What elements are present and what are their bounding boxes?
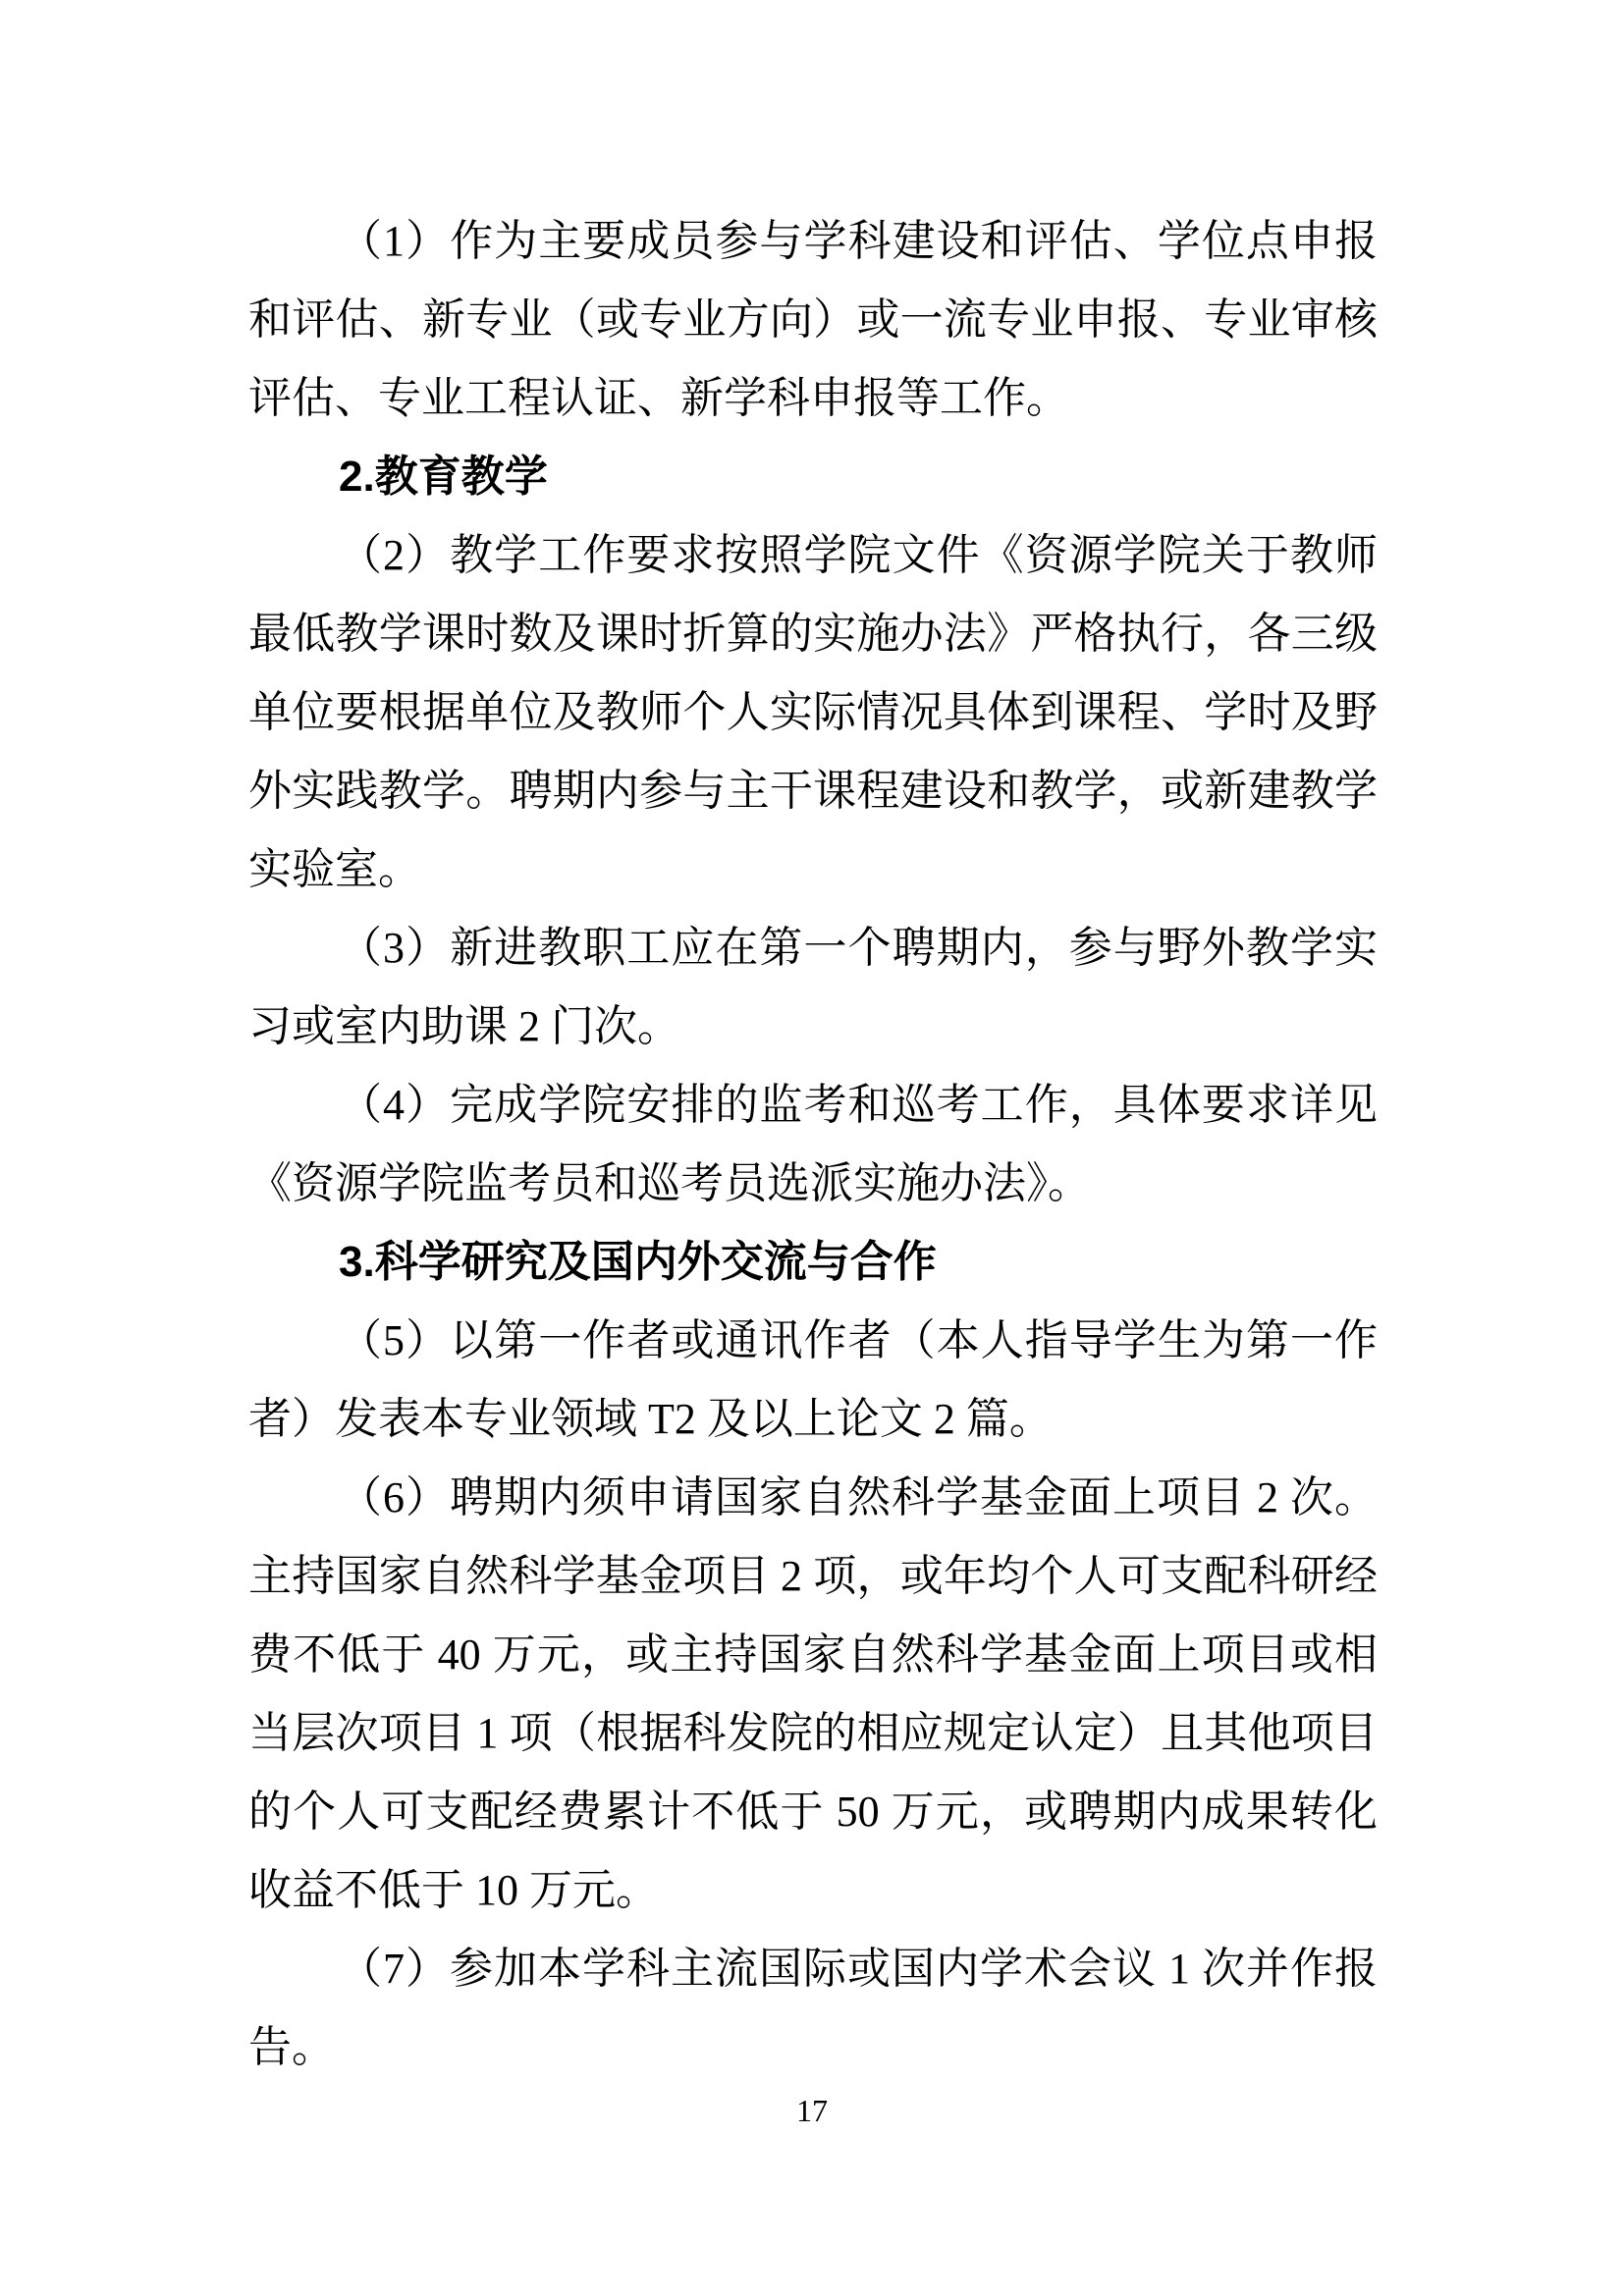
body-text-line: （5）以第一作者或通讯作者（本人指导学生为第一作 <box>248 1302 1378 1380</box>
body-text-line: （4）完成学院安排的监考和巡考工作，具体要求详见 <box>248 1066 1378 1145</box>
body-text-line: （2）教学工作要求按照学院文件《资源学院关于教师 <box>248 516 1378 595</box>
section-heading: 3.科学研究及国内外交流与合作 <box>248 1223 1378 1302</box>
body-text-line: 和评估、新专业（或专业方向）或一流专业申报、专业审核 <box>248 281 1378 359</box>
body-text-line: 当层次项目 1 项（根据科发院的相应规定认定）且其他项目 <box>248 1694 1378 1773</box>
body-text-line: 最低教学课时数及课时折算的实施办法》严格执行，各三级 <box>248 595 1378 673</box>
body-text-line: 习或室内助课 2 门次。 <box>248 988 1378 1066</box>
body-text-line: 单位要根据单位及教师个人实际情况具体到课程、学时及野 <box>248 673 1378 752</box>
body-text-line: 的个人可支配经费累计不低于 50 万元，或聘期内成果转化 <box>248 1773 1378 1851</box>
body-text-line: 收益不低于 10 万元。 <box>248 1851 1378 1930</box>
body-text-line: 者）发表本专业领域 T2 及以上论文 2 篇。 <box>248 1380 1378 1459</box>
page-number: 17 <box>0 2091 1624 2130</box>
body-text-line: 主持国家自然科学基金项目 2 项，或年均个人可支配科研经 <box>248 1537 1378 1616</box>
body-text-line: （6）聘期内须申请国家自然科学基金面上项目 2 次。 <box>248 1459 1378 1537</box>
body-text-line: 外实践教学。聘期内参与主干课程建设和教学，或新建教学 <box>248 752 1378 830</box>
body-text-line: 实验室。 <box>248 830 1378 909</box>
body-text-line: 评估、专业工程认证、新学科申报等工作。 <box>248 359 1378 438</box>
body-text-line: （7）参加本学科主流国际或国内学术会议 1 次并作报 <box>248 1930 1378 2008</box>
body-text-line: 《资源学院监考员和巡考员选派实施办法》。 <box>248 1145 1378 1223</box>
document-body: （1）作为主要成员参与学科建设和评估、学位点申报和评估、新专业（或专业方向）或一… <box>248 202 1378 2087</box>
section-heading: 2.教育教学 <box>248 438 1378 516</box>
body-text-line: 告。 <box>248 2008 1378 2087</box>
body-text-line: 费不低于 40 万元，或主持国家自然科学基金面上项目或相 <box>248 1616 1378 1694</box>
body-text-line: （1）作为主要成员参与学科建设和评估、学位点申报 <box>248 202 1378 281</box>
body-text-line: （3）新进教职工应在第一个聘期内，参与野外教学实 <box>248 909 1378 988</box>
document-page: （1）作为主要成员参与学科建设和评估、学位点申报和评估、新专业（或专业方向）或一… <box>0 0 1624 2296</box>
